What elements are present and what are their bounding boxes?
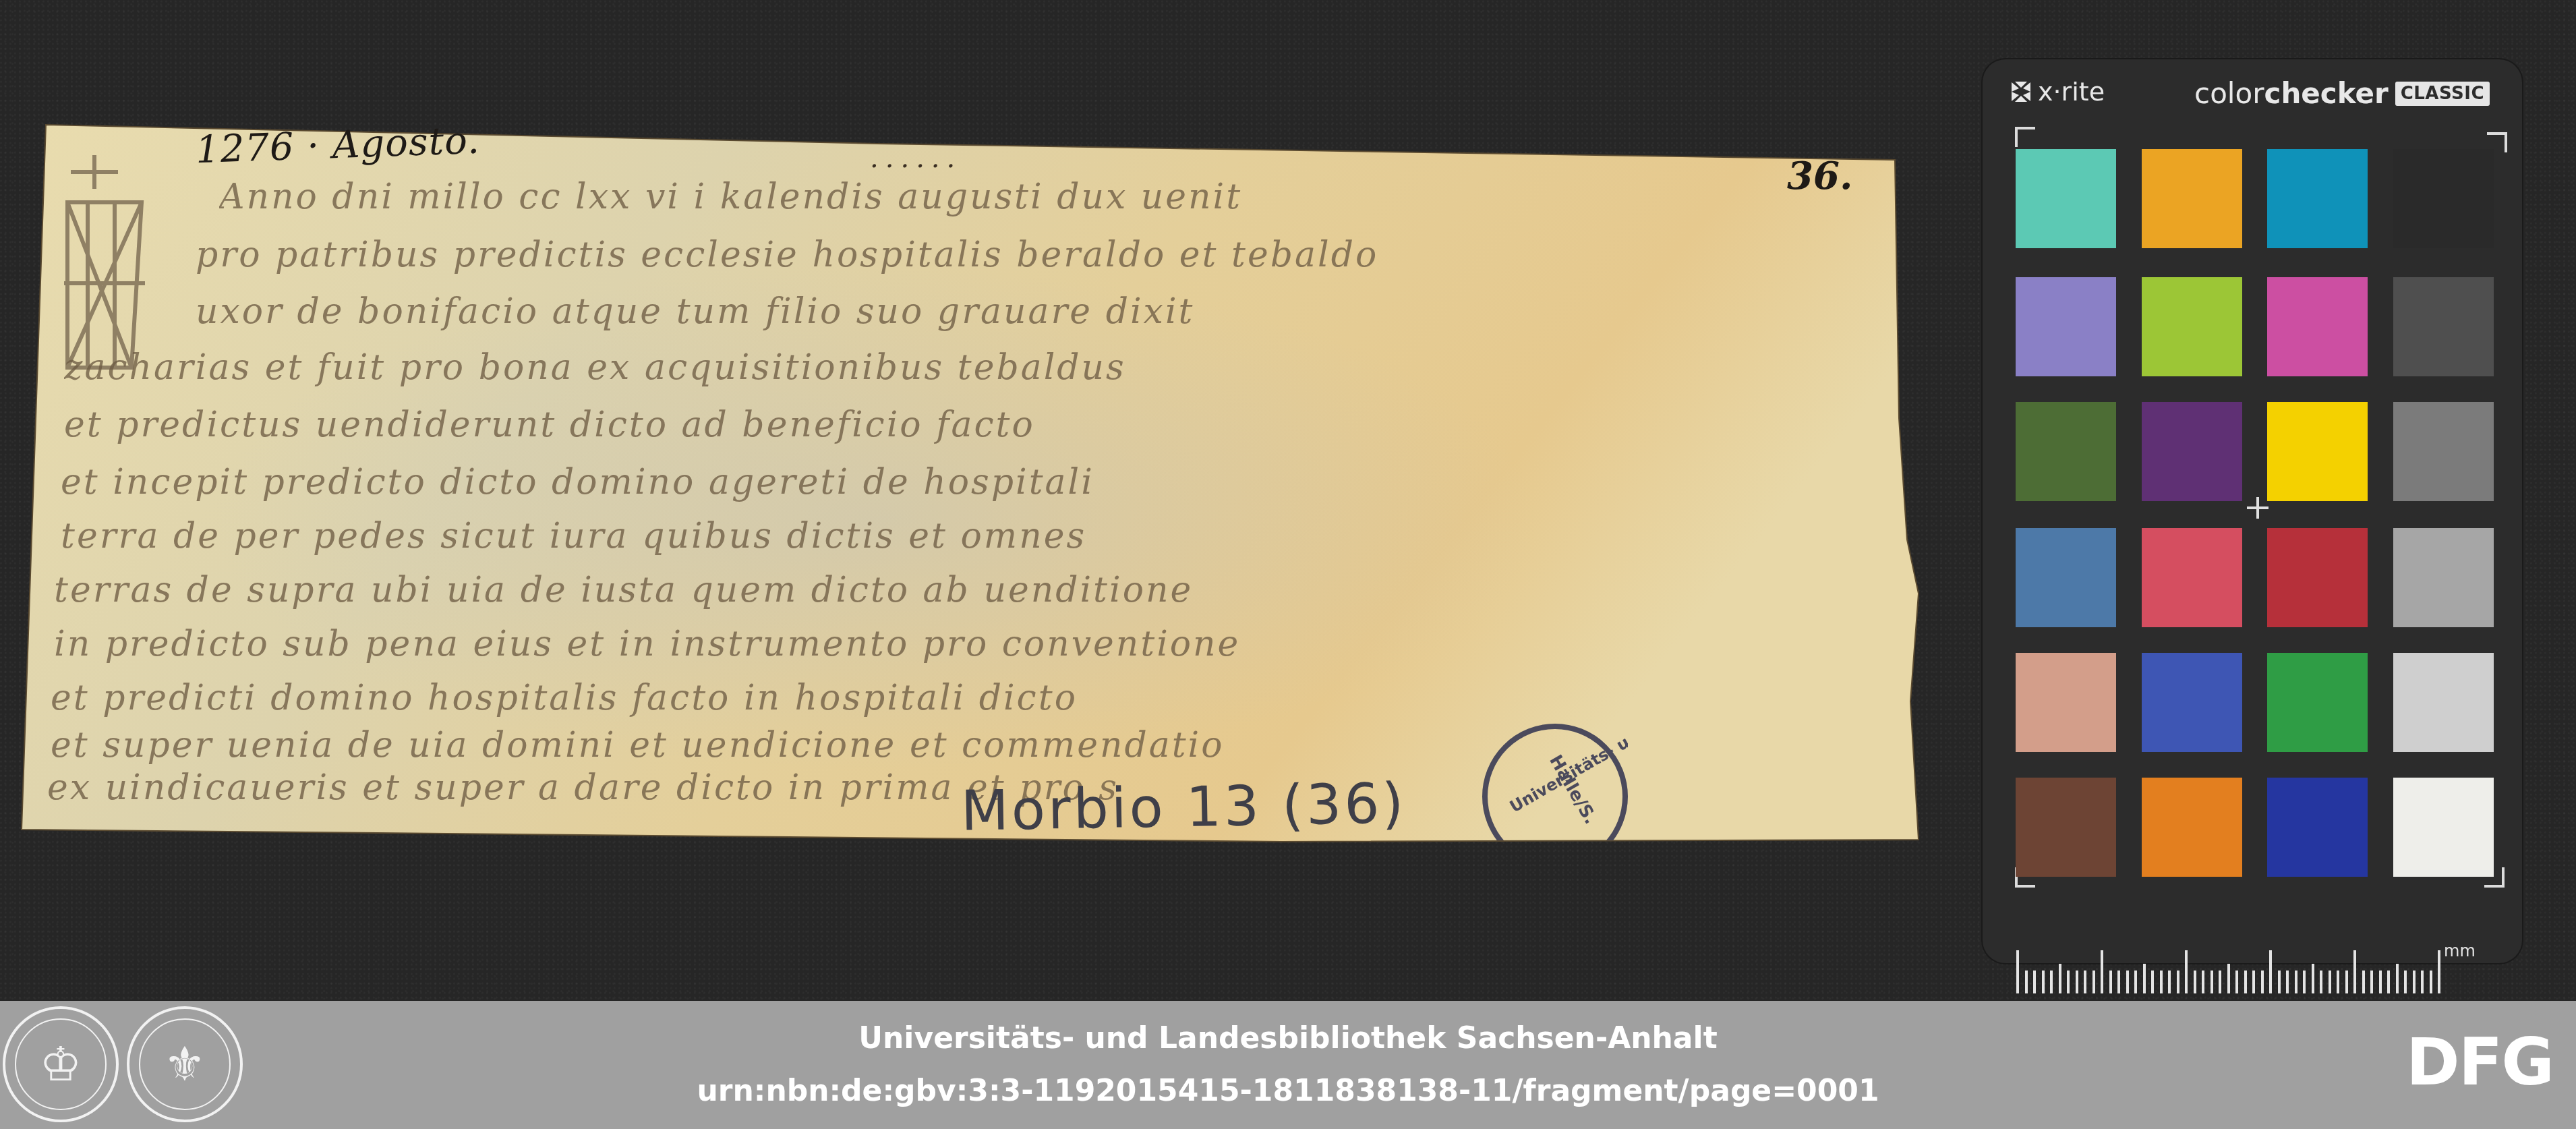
ruler-tick (2353, 950, 2356, 993)
script-line: zacharias et fuit pro bona ex acquisitio… (64, 347, 1885, 388)
script-line: Anno dni millo cc lxx vi i kalendis augu… (219, 177, 1885, 217)
color-patch (2267, 653, 2368, 752)
ruler-tick (2235, 971, 2238, 993)
script-line: in predicto sub pena eius et in instrume… (54, 624, 1892, 664)
ruler-tick (2329, 971, 2331, 993)
ruler-tick (2076, 971, 2078, 993)
footer-bar: ♔ ⚜ Universitäts- und Landesbibliothek S… (0, 1001, 2576, 1129)
ruler-tick (2067, 971, 2070, 993)
ruler-unit-label: mm (2444, 942, 2476, 960)
color-patch (2142, 528, 2242, 627)
ruler-tick (2160, 971, 2163, 993)
mm-ruler (2016, 946, 2448, 993)
ruler-tick (2345, 971, 2348, 993)
ruler-tick (2134, 971, 2137, 993)
color-patch (2267, 149, 2368, 248)
color-patch (2142, 149, 2242, 248)
ruler-tick (2109, 971, 2112, 993)
script-line: terras de supra ubi uia de iusta quem di… (54, 570, 1892, 610)
ruler-tick (2050, 971, 2053, 993)
ruler-tick (2227, 964, 2230, 993)
ruler-tick (2117, 971, 2120, 993)
color-patch (2142, 653, 2242, 752)
ruler-tick (2092, 971, 2095, 993)
ruler-tick (2337, 971, 2339, 993)
ruler-tick (2413, 971, 2416, 993)
ruler-tick (2042, 971, 2045, 993)
dfg-logo-icon: DFG (2406, 1030, 2553, 1095)
script-line: et predicti domino hospitalis facto in h… (51, 678, 1892, 718)
ruler-tick (2211, 971, 2213, 993)
ruler-tick (2379, 971, 2382, 993)
script-line: et predictus uendiderunt dicto ad benefi… (64, 405, 1885, 445)
ruler-tick (2151, 971, 2154, 993)
color-patch (2016, 778, 2116, 877)
ruler-tick (2430, 971, 2432, 993)
ruler-tick (2016, 950, 2019, 993)
parchment-document: 1276 · Agosto. ...... 36. Anno dni millo… (0, 0, 1956, 877)
dots-annotation: ...... (870, 143, 962, 174)
shelfmark-annotation: Morbio 13 (36) (960, 772, 1407, 844)
ruler-tick (2286, 971, 2289, 993)
colorchecker-card: x·rite color checker CLASSIC mm (1983, 59, 2522, 963)
ruler-tick (2177, 971, 2179, 993)
ruler-tick (2370, 971, 2373, 993)
color-patch (2267, 528, 2368, 627)
crosshair-icon (2247, 497, 2268, 519)
color-patch (2393, 528, 2494, 627)
color-patch (2142, 402, 2242, 501)
ruler-tick (2025, 971, 2028, 993)
color-patch (2016, 528, 2116, 627)
color-patch (2393, 402, 2494, 501)
xrite-brand: x·rite (2010, 77, 2105, 107)
color-patch (2393, 277, 2494, 376)
script-line: pro patribus predictis ecclesie hospital… (196, 235, 1885, 275)
ruler-tick (2438, 950, 2440, 993)
ruler-tick (2084, 971, 2086, 993)
color-patch (2142, 277, 2242, 376)
ruler-tick (2101, 950, 2103, 993)
colorchecker-brand: color checker CLASSIC (2194, 77, 2490, 110)
ruler-tick (2312, 964, 2314, 993)
color-patch (2393, 778, 2494, 877)
registration-mark-top-left (2015, 127, 2035, 147)
color-patch (2016, 653, 2116, 752)
ruler-tick (2421, 971, 2424, 993)
ruler-tick (2143, 964, 2146, 993)
color-patch (2393, 653, 2494, 752)
ruler-tick (2404, 971, 2407, 993)
script-line: uxor de bonifacio atque tum filio suo gr… (196, 291, 1885, 332)
institution-name: Universitäts- und Landesbibliothek Sachs… (0, 1021, 2576, 1055)
ruler-tick (2269, 950, 2272, 993)
ruler-tick (2396, 964, 2399, 993)
color-patch (2142, 778, 2242, 877)
script-line: terra de per pedes sicut iura quibus dic… (61, 516, 1892, 556)
color-patch (2267, 277, 2368, 376)
color-patch (2016, 402, 2116, 501)
ruler-tick (2278, 971, 2281, 993)
color-patch (2016, 277, 2116, 376)
xrite-brand-label: x·rite (2038, 77, 2105, 107)
xrite-logo-icon (2010, 80, 2032, 103)
script-line: et incepit predicto dicto domino agereti… (61, 462, 1892, 502)
ruler-tick (2261, 971, 2264, 993)
ruler-tick (2168, 971, 2171, 993)
ruler-tick (2202, 971, 2204, 993)
ruler-tick (2059, 964, 2061, 993)
product-name-light: color (2194, 77, 2264, 110)
ruler-tick (2244, 971, 2247, 993)
ruler-tick (2362, 971, 2365, 993)
color-patch (2016, 149, 2116, 248)
ruler-tick (2185, 950, 2188, 993)
ruler-tick (2194, 971, 2196, 993)
ruler-tick (2295, 971, 2297, 993)
ruler-tick (2303, 971, 2306, 993)
ruler-tick (2387, 971, 2390, 993)
ruler-tick (2219, 971, 2221, 993)
ruler-tick (2252, 971, 2255, 993)
product-name-bold: checker (2264, 77, 2389, 110)
urn-identifier[interactable]: urn:nbn:de:gbv:3:3-1192015415-1811838138… (0, 1074, 2576, 1108)
ruler-tick (2033, 971, 2036, 993)
ruler-tick (2320, 971, 2322, 993)
classic-badge: CLASSIC (2395, 82, 2490, 106)
color-patch (2267, 402, 2368, 501)
color-patch (2267, 778, 2368, 877)
ruler-tick (2126, 971, 2129, 993)
color-patch (2393, 149, 2494, 248)
